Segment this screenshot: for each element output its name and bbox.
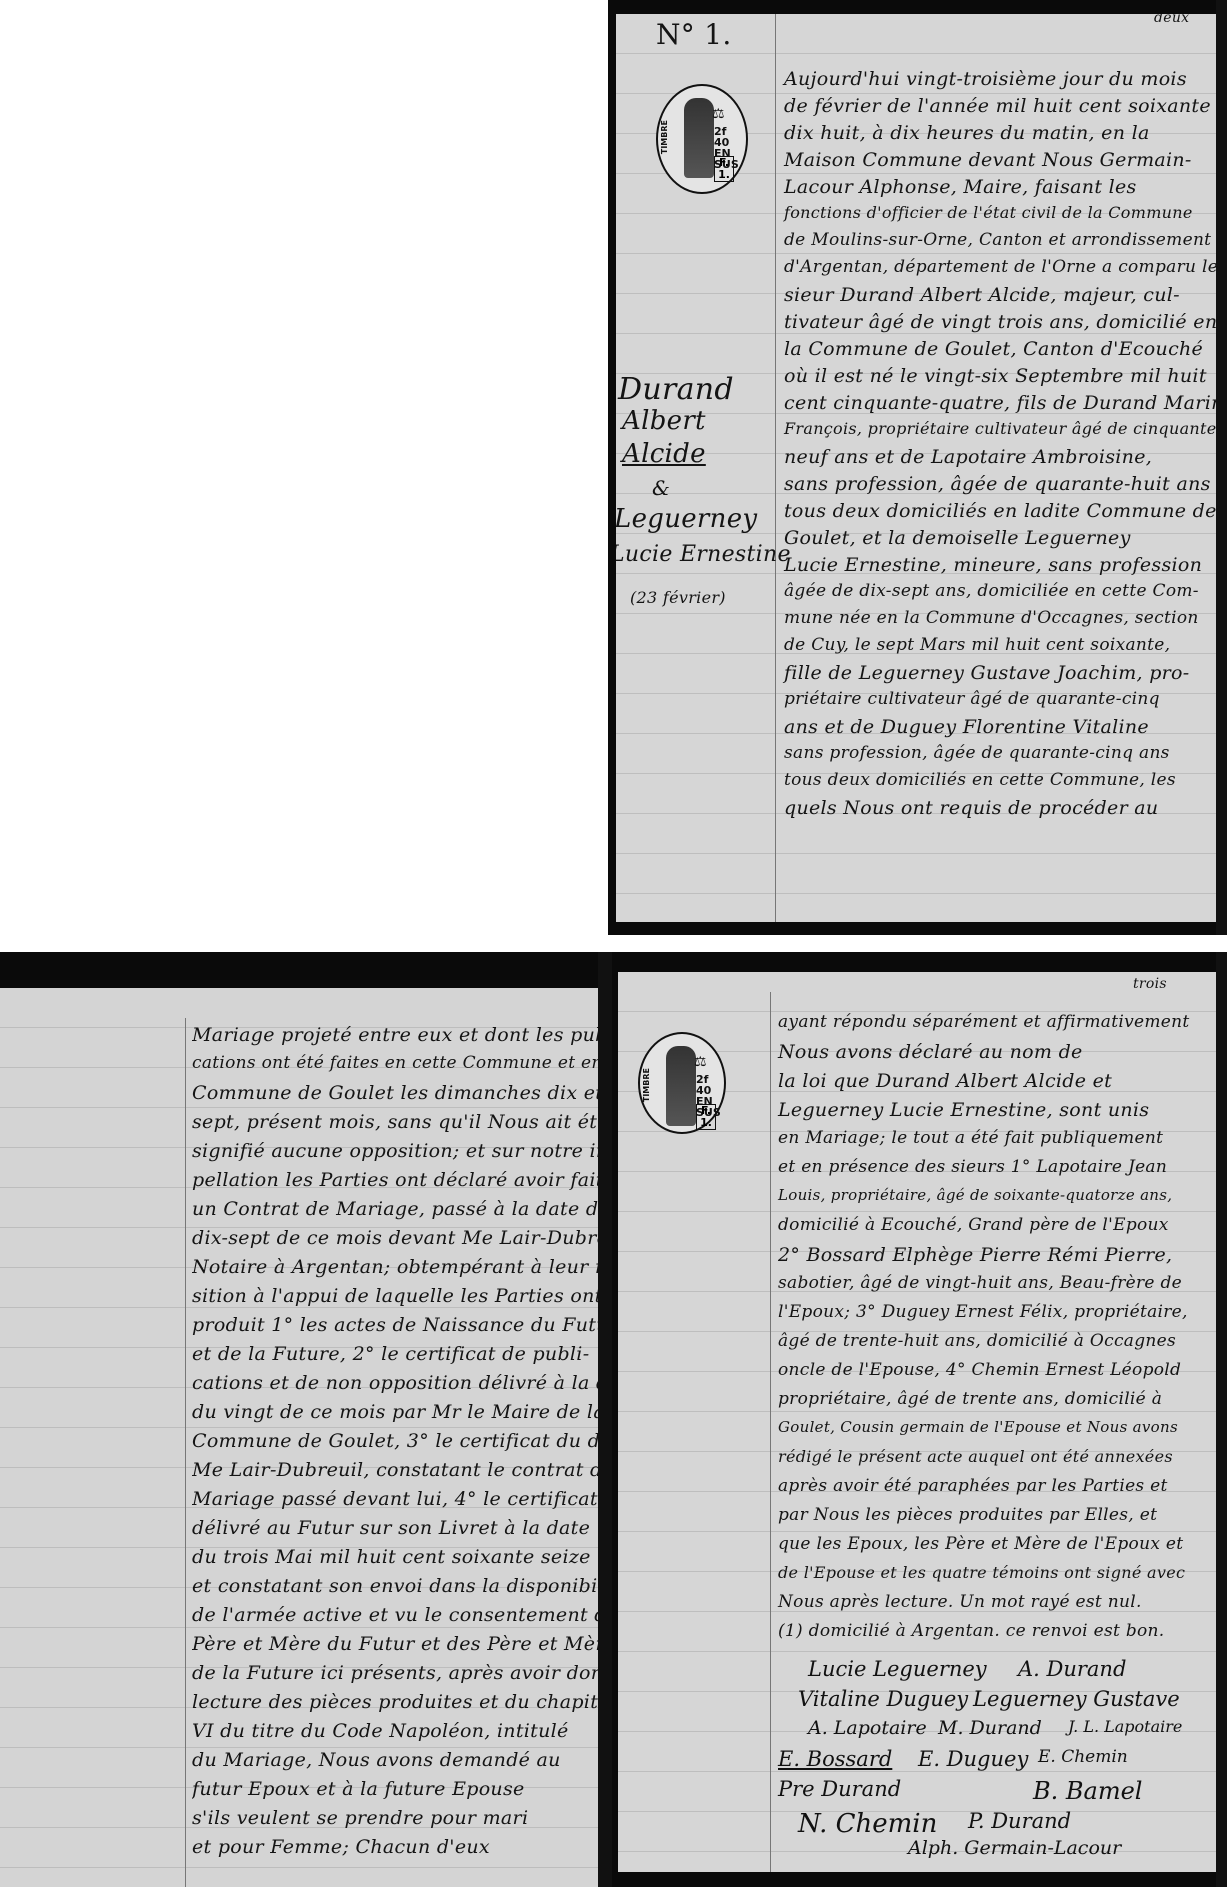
- text-line: ayant répondu séparément et affirmativem…: [778, 1012, 1190, 1032]
- text-line: où il est né le vingt-six Septembre mil …: [784, 365, 1207, 387]
- text-line: sans profession, âgée de quarante-huit a…: [784, 473, 1211, 495]
- margin-groom-first: Albert: [622, 406, 706, 436]
- page3-binding-edge: [1216, 952, 1227, 1887]
- text-line: âgé de trente-huit ans, domicilié à Occa…: [778, 1331, 1176, 1351]
- text-line: produit 1° les actes de Naissance du Fut…: [192, 1314, 600, 1336]
- signature-witness-3: E. Duguey: [918, 1747, 1028, 1771]
- stamp-label: TIMBRE: [660, 120, 669, 154]
- text-line: tous deux domiciliés en cette Commune, l…: [784, 770, 1176, 790]
- text-line: propriétaire, âgé de trente ans, domicil…: [778, 1389, 1162, 1409]
- register-page-3: trois TIMBRE ⚖ 2f 40 EN SUS F. 1. ayant …: [618, 972, 1216, 1872]
- text-line: Commune de Goulet les dimanches dix et d…: [192, 1082, 600, 1104]
- text-line: du vingt de ce mois par Mr le Maire de l…: [192, 1401, 600, 1423]
- text-line: de l'Epouse et les quatre témoins ont si…: [778, 1563, 1185, 1582]
- text-line: Lucie Ernestine, mineure, sans professio…: [784, 554, 1202, 576]
- signature-groom-father: M. Durand: [938, 1717, 1042, 1739]
- text-line: s'ils veulent se prendre pour mari: [192, 1807, 528, 1829]
- text-line: priétaire cultivateur âgé de quarante-ci…: [784, 689, 1160, 709]
- signature-mayor: Alph. Germain-Lacour: [908, 1837, 1121, 1859]
- text-line: dix huit, à dix heures du matin, en la: [784, 122, 1150, 144]
- text-line: Maison Commune devant Nous Germain-: [784, 149, 1192, 171]
- text-line: Me Lair-Dubreuil, constatant le contrat …: [192, 1459, 600, 1481]
- text-line: âgée de dix-sept ans, domiciliée en cett…: [784, 581, 1199, 601]
- signature-block: Lucie Leguerney A. Durand Vitaline Dugue…: [768, 1657, 1208, 1867]
- text-line: lecture des pièces produites et du chapi…: [192, 1691, 600, 1713]
- text-line: en Mariage; le tout a été fait publiquem…: [778, 1128, 1163, 1148]
- text-line: oncle de l'Epouse, 4° Chemin Ernest Léop…: [778, 1360, 1181, 1380]
- text-line: Louis, propriétaire, âgé de soixante-qua…: [778, 1186, 1172, 1204]
- margin-groom-surname: Durand: [618, 372, 734, 407]
- margin-rule: [775, 14, 776, 922]
- text-line: d'Argentan, département de l'Orne a comp…: [784, 257, 1216, 277]
- corner-note: deux: [1154, 14, 1189, 26]
- signature-bride: Lucie Leguerney: [808, 1657, 987, 1681]
- signature-witness-4: E. Chemin: [1038, 1747, 1128, 1767]
- text-line: la Commune de Goulet, Canton d'Ecouché: [784, 338, 1203, 360]
- text-line: VI du titre du Code Napoléon, intitulé: [192, 1720, 569, 1742]
- text-line: tous deux domiciliés en ladite Commune d…: [784, 500, 1216, 522]
- text-line: tivateur âgé de vingt trois ans, domicil…: [784, 311, 1216, 333]
- text-line: cations et de non opposition délivré à l…: [192, 1372, 600, 1394]
- text-line: neuf ans et de Lapotaire Ambroisine,: [784, 446, 1152, 468]
- text-line: pellation les Parties ont déclaré avoir …: [192, 1169, 600, 1191]
- text-line: Père et Mère du Futur et des Père et Mèr…: [192, 1633, 600, 1655]
- text-line: sans profession, âgée de quarante-cinq a…: [784, 743, 1170, 763]
- text-line: Nous avons déclaré au nom de: [778, 1041, 1083, 1063]
- text-line: et de la Future, 2° le certificat de pub…: [192, 1343, 589, 1365]
- tax-stamp: TIMBRE ⚖ 2f 40 EN SUS F. 1.: [638, 1032, 726, 1134]
- text-line: futur Epoux et à la future Epouse: [192, 1778, 525, 1800]
- text-line: Mariage projeté entre eux et dont les pu…: [192, 1024, 600, 1046]
- justice-figure-icon: [666, 1046, 696, 1126]
- page2-text-body: Mariage projeté entre eux et dont les pu…: [192, 1024, 600, 1884]
- text-line: de Moulins-sur-Orne, Canton et arrondiss…: [784, 230, 1211, 250]
- text-line: sition à l'appui de laquelle les Parties…: [192, 1285, 600, 1307]
- margin-rule: [185, 1018, 186, 1887]
- page1-text-body: Aujourd'hui vingt-troisième jour du mois…: [784, 68, 1214, 828]
- corner-note: trois: [1133, 976, 1167, 992]
- act-number: N° 1.: [656, 18, 732, 51]
- text-line: l'Epoux; 3° Duguey Ernest Félix, proprié…: [778, 1302, 1188, 1322]
- register-page-1: N° 1. deux TIMBRE ⚖ 2f 40 EN SUS F. 1. D…: [616, 14, 1216, 922]
- text-line: mune née en la Commune d'Occagnes, secti…: [784, 608, 1199, 628]
- text-line: et constatant son envoi dans la disponib…: [192, 1575, 600, 1597]
- text-line: la loi que Durand Albert Alcide et: [778, 1070, 1112, 1092]
- text-line: fille de Leguerney Gustave Joachim, pro-: [784, 662, 1190, 684]
- stamp-box: F. 1.: [696, 1104, 716, 1130]
- text-line: 2° Bossard Elphège Pierre Rémi Pierre,: [778, 1244, 1172, 1266]
- margin-date-note: (23 février): [630, 588, 726, 607]
- text-line: dix-sept de ce mois devant Me Lair-Dubre…: [192, 1227, 600, 1249]
- text-line: par Nous les pièces produites par Elles,…: [778, 1505, 1157, 1525]
- text-line: sabotier, âgé de vingt-huit ans, Beau-fr…: [778, 1273, 1182, 1293]
- margin-bride-surname: Leguerney: [616, 504, 757, 534]
- text-line: Goulet, et la demoiselle Leguerney: [784, 527, 1131, 549]
- text-line: après avoir été paraphées par les Partie…: [778, 1476, 1168, 1496]
- text-line: rédigé le présent acte auquel ont été an…: [778, 1447, 1173, 1466]
- text-line: et pour Femme; Chacun d'eux: [192, 1836, 490, 1858]
- text-line: Nous après lecture. Un mot rayé est nul.: [778, 1592, 1142, 1612]
- text-line: un Contrat de Mariage, passé à la date d…: [192, 1198, 600, 1220]
- text-line: Mariage passé devant lui, 4° le certific…: [192, 1488, 598, 1510]
- signature-extra-3: N. Chemin: [798, 1809, 937, 1839]
- signature-extra-1: Pre Durand: [778, 1777, 901, 1801]
- signature-extra-4: P. Durand: [968, 1809, 1071, 1833]
- text-line: ans et de Duguey Florentine Vitaline: [784, 716, 1149, 738]
- text-line: Leguerney Lucie Ernestine, sont unis: [778, 1099, 1149, 1121]
- text-line: domicilié à Ecouché, Grand père de l'Epo…: [778, 1215, 1169, 1235]
- text-line: du trois Mai mil huit cent soixante seiz…: [192, 1546, 591, 1568]
- margin-bride-names: Lucie Ernestine: [616, 542, 791, 567]
- stamp-label: TIMBRE: [642, 1068, 651, 1102]
- text-line: Goulet, Cousin germain de l'Epouse et No…: [778, 1418, 1178, 1436]
- signature-witness-2: E. Bossard: [778, 1747, 892, 1771]
- register-page-2: Mariage projeté entre eux et dont les pu…: [0, 988, 600, 1887]
- text-line: que les Epoux, les Père et Mère de l'Epo…: [778, 1534, 1183, 1554]
- page2-gutter: [598, 952, 612, 1887]
- text-line: (1) domicilié à Argentan. ce renvoi est …: [778, 1621, 1165, 1641]
- page1-binding-edge: [1216, 0, 1227, 935]
- signature-bride-father: Leguerney Gustave: [973, 1687, 1180, 1711]
- text-line: François, propriétaire cultivateur âgé d…: [784, 419, 1216, 438]
- text-line: Commune de Goulet, 3° le certificat du d…: [192, 1430, 600, 1452]
- scales-icon: ⚖: [694, 1054, 707, 1070]
- text-line: quels Nous ont requis de procéder au: [784, 797, 1158, 819]
- text-line: et en présence des sieurs 1° Lapotaire J…: [778, 1157, 1167, 1177]
- text-line: de février de l'année mil huit cent soix…: [784, 95, 1211, 117]
- text-line: signifié aucune opposition; et sur notre…: [192, 1140, 600, 1162]
- signature-groom-mother: A. Lapotaire: [808, 1717, 927, 1739]
- page3-text-body: ayant répondu séparément et affirmativem…: [778, 1012, 1214, 1612]
- signature-witness-1: J. L. Lapotaire: [1068, 1717, 1182, 1736]
- signature-bride-mother: Vitaline Duguey: [798, 1687, 968, 1711]
- signature-groom: A. Durand: [1018, 1657, 1126, 1681]
- text-line: délivré au Futur sur son Livret à la dat…: [192, 1517, 590, 1539]
- text-line: fonctions d'officier de l'état civil de …: [784, 203, 1193, 222]
- signature-extra-2: B. Bamel: [1033, 1777, 1142, 1805]
- stamp-box: F. 1.: [714, 156, 734, 182]
- text-line: de l'armée active et vu le consentement …: [192, 1604, 600, 1626]
- text-line: Notaire à Argentan; obtempérant à leur r…: [192, 1256, 600, 1278]
- margin-conjunction: &: [652, 476, 670, 500]
- margin-groom-second: Alcide: [622, 439, 706, 469]
- text-line: du Mariage, Nous avons demandé au: [192, 1749, 561, 1771]
- text-line: cations ont été faites en cette Commune …: [192, 1053, 600, 1073]
- text-line: Lacour Alphonse, Maire, faisant les: [784, 176, 1137, 198]
- text-line: sept, présent mois, sans qu'il Nous ait …: [192, 1111, 600, 1133]
- justice-figure-icon: [684, 98, 714, 178]
- text-line: de Cuy, le sept Mars mil huit cent soixa…: [784, 635, 1170, 655]
- tax-stamp: TIMBRE ⚖ 2f 40 EN SUS F. 1.: [656, 84, 748, 194]
- text-line: de la Future ici présents, après avoir d…: [192, 1662, 600, 1684]
- text-line: cent cinquante-quatre, fils de Durand Ma…: [784, 392, 1216, 414]
- text-line: Aujourd'hui vingt-troisième jour du mois: [784, 68, 1187, 90]
- scales-icon: ⚖: [712, 106, 725, 122]
- text-line: sieur Durand Albert Alcide, majeur, cul-: [784, 284, 1180, 306]
